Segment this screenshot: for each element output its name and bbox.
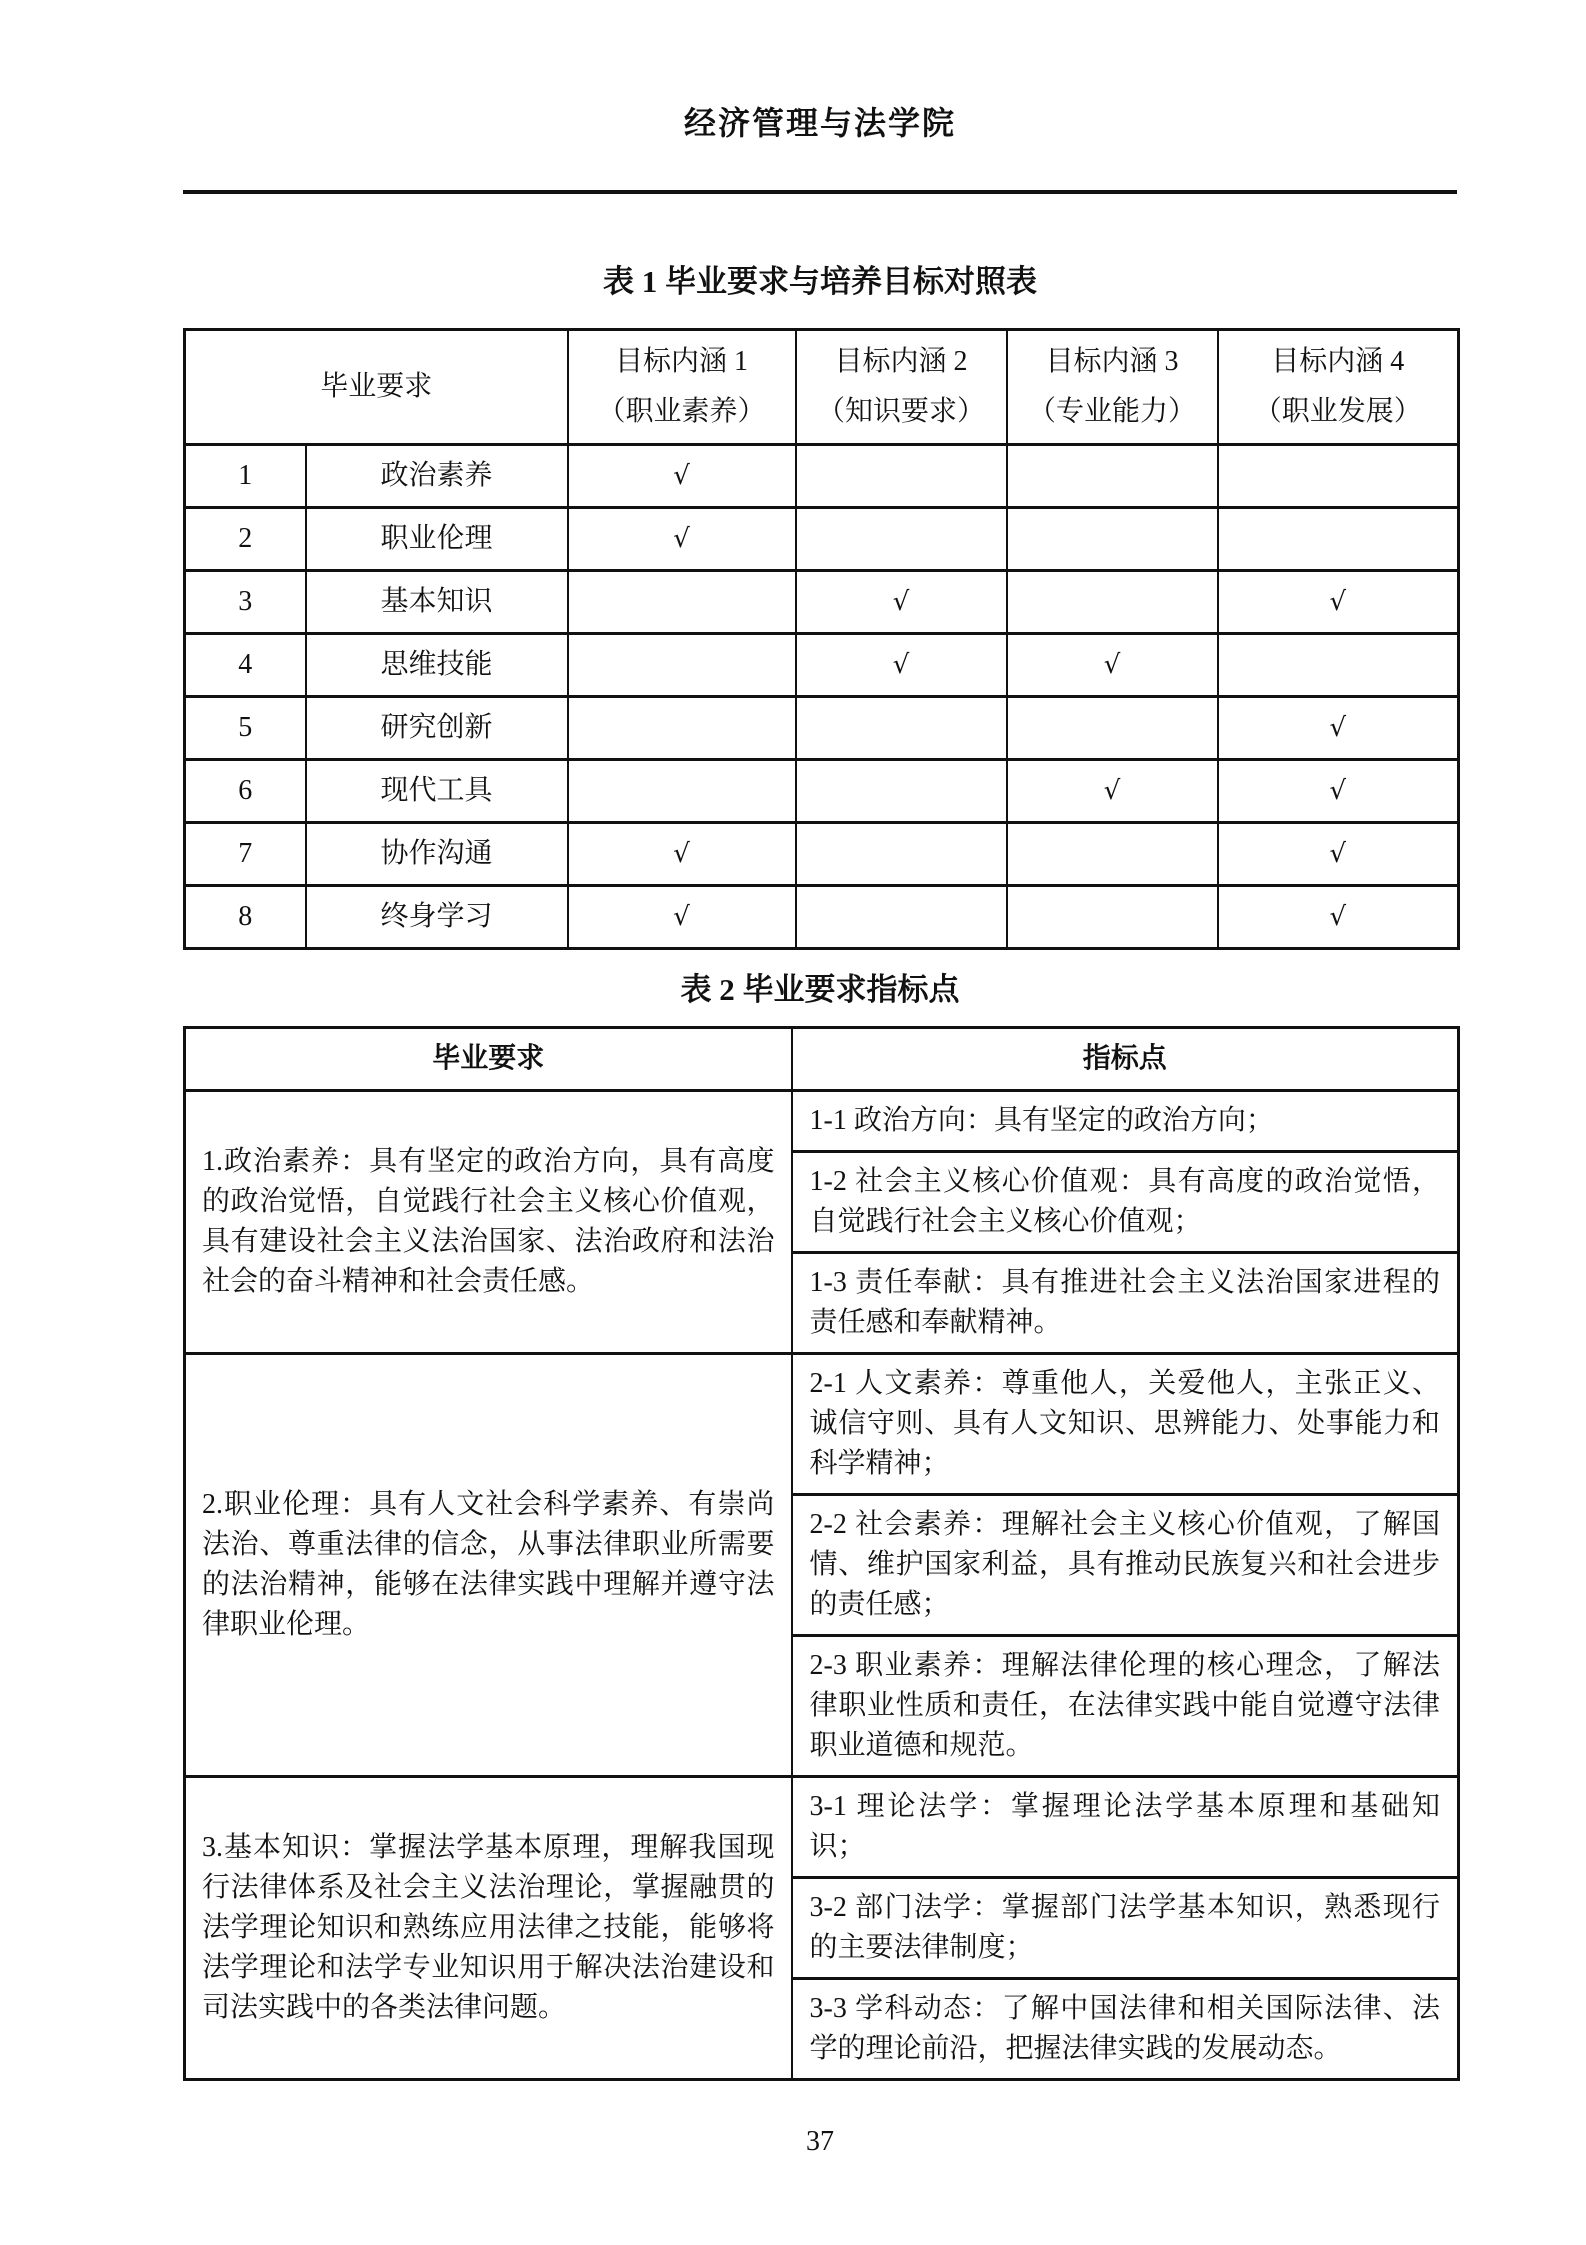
requirement-name-cell: 基本知识	[306, 571, 568, 634]
table1-row: 5研究创新√	[185, 697, 1459, 760]
empty-matrix-cell	[796, 697, 1007, 760]
indicator-point-cell: 1-3 责任奉献：具有推进社会主义法治国家进程的责任感和奉献精神。	[792, 1253, 1459, 1354]
checkmark-cell: √	[568, 886, 796, 949]
empty-matrix-cell	[1007, 571, 1218, 634]
table1-header-goal-2: 目标内涵 2（知识要求）	[796, 330, 1007, 445]
requirement-name-cell: 思维技能	[306, 634, 568, 697]
table1-body: 毕业要求目标内涵 1（职业素养）目标内涵 2（知识要求）目标内涵 3（专业能力）…	[185, 330, 1459, 949]
graduation-requirement-cell: 1.政治素养：具有坚定的政治方向，具有高度的政治觉悟，自觉践行社会主义核心价值观…	[185, 1091, 792, 1354]
goal-header-line2: （知识要求）	[801, 387, 1002, 437]
checkmark-cell: √	[1218, 760, 1459, 823]
table2-header-graduation-requirements: 毕业要求	[185, 1028, 792, 1091]
checkmark-cell: √	[1218, 571, 1459, 634]
table1-header-goal-4: 目标内涵 4（职业发展）	[1218, 330, 1459, 445]
table1-row: 3基本知识√√	[185, 571, 1459, 634]
table1-row: 4思维技能√√	[185, 634, 1459, 697]
indicator-point-cell: 3-2 部门法学：掌握部门法学基本知识，熟悉现行的主要法律制度；	[792, 1878, 1459, 1979]
requirement-name-cell: 职业伦理	[306, 508, 568, 571]
row-number-cell: 1	[185, 445, 306, 508]
table1-row: 8终身学习√√	[185, 886, 1459, 949]
empty-matrix-cell	[1007, 886, 1218, 949]
empty-matrix-cell	[1218, 445, 1459, 508]
row-number-cell: 6	[185, 760, 306, 823]
empty-matrix-cell	[796, 823, 1007, 886]
indicator-point-cell: 3-1 理论法学：掌握理论法学基本原理和基础知识；	[792, 1777, 1459, 1878]
empty-matrix-cell	[568, 697, 796, 760]
indicator-point-cell: 2-2 社会素养：理解社会主义核心价值观，了解国情、维护国家利益，具有推动民族复…	[792, 1495, 1459, 1636]
requirement-name-cell: 现代工具	[306, 760, 568, 823]
goal-header-line1: 目标内涵 4	[1223, 337, 1454, 387]
checkmark-cell: √	[568, 508, 796, 571]
document-page: 经济管理与法学院 表 1 毕业要求与培养目标对照表 毕业要求目标内涵 1（职业素…	[183, 0, 1457, 2159]
checkmark-cell: √	[1007, 760, 1218, 823]
row-number-cell: 7	[185, 823, 306, 886]
empty-matrix-cell	[1007, 445, 1218, 508]
table1-row: 6现代工具√√	[185, 760, 1459, 823]
table1-header-row: 毕业要求目标内涵 1（职业素养）目标内涵 2（知识要求）目标内涵 3（专业能力）…	[185, 330, 1459, 445]
row-number-cell: 2	[185, 508, 306, 571]
row-number-cell: 5	[185, 697, 306, 760]
row-number-cell: 4	[185, 634, 306, 697]
goal-header-line2: （职业发展）	[1223, 387, 1454, 437]
indicator-point-cell: 2-1 人文素养：尊重他人，关爱他人，主张正义、诚信守则、具有人文知识、思辨能力…	[792, 1354, 1459, 1495]
requirement-name-cell: 协作沟通	[306, 823, 568, 886]
goal-header-line1: 目标内涵 1	[573, 337, 791, 387]
checkmark-cell: √	[1218, 886, 1459, 949]
empty-matrix-cell	[1007, 697, 1218, 760]
table2-indicator-points: 毕业要求指标点1.政治素养：具有坚定的政治方向，具有高度的政治觉悟，自觉践行社会…	[183, 1026, 1460, 2081]
row-number-cell: 3	[185, 571, 306, 634]
table1-caption: 表 1 毕业要求与培养目标对照表	[183, 260, 1457, 304]
table2-header-row: 毕业要求指标点	[185, 1028, 1459, 1091]
table2-header-indicator-points: 指标点	[792, 1028, 1459, 1091]
table2-indicator-row: 1.政治素养：具有坚定的政治方向，具有高度的政治觉悟，自觉践行社会主义核心价值观…	[185, 1091, 1459, 1152]
checkmark-cell: √	[1218, 697, 1459, 760]
header-divider-rule	[183, 190, 1457, 194]
goal-header-line2: （专业能力）	[1012, 387, 1213, 437]
goal-header-line1: 目标内涵 2	[801, 337, 1002, 387]
checkmark-cell: √	[1218, 823, 1459, 886]
graduation-requirement-cell: 3.基本知识：掌握法学基本原理，理解我国现行法律体系及社会主义法治理论，掌握融贯…	[185, 1777, 792, 2080]
empty-matrix-cell	[796, 445, 1007, 508]
requirement-name-cell: 研究创新	[306, 697, 568, 760]
empty-matrix-cell	[1218, 634, 1459, 697]
table1-row: 7协作沟通√√	[185, 823, 1459, 886]
checkmark-cell: √	[1007, 634, 1218, 697]
requirement-name-cell: 终身学习	[306, 886, 568, 949]
indicator-point-cell: 1-1 政治方向：具有坚定的政治方向；	[792, 1091, 1459, 1152]
table1-requirements-goals-matrix: 毕业要求目标内涵 1（职业素养）目标内涵 2（知识要求）目标内涵 3（专业能力）…	[183, 328, 1460, 950]
empty-matrix-cell	[568, 634, 796, 697]
table2-caption: 表 2 毕业要求指标点	[183, 968, 1457, 1012]
table1-header-goal-3: 目标内涵 3（专业能力）	[1007, 330, 1218, 445]
indicator-point-cell: 3-3 学科动态：了解中国法律和相关国际法律、法学的理论前沿，把握法律实践的发展…	[792, 1979, 1459, 2080]
page-number: 37	[183, 2125, 1457, 2159]
table1-header-goal-1: 目标内涵 1（职业素养）	[568, 330, 796, 445]
table1-row: 1政治素养√	[185, 445, 1459, 508]
empty-matrix-cell	[568, 760, 796, 823]
empty-matrix-cell	[796, 760, 1007, 823]
graduation-requirement-cell: 2.职业伦理：具有人文社会科学素养、有崇尚法治、尊重法律的信念，从事法律职业所需…	[185, 1354, 792, 1777]
table2-body: 毕业要求指标点1.政治素养：具有坚定的政治方向，具有高度的政治觉悟，自觉践行社会…	[185, 1028, 1459, 2080]
requirement-name-cell: 政治素养	[306, 445, 568, 508]
page-header-title: 经济管理与法学院	[183, 0, 1457, 146]
empty-matrix-cell	[1007, 508, 1218, 571]
indicator-point-cell: 2-3 职业素养：理解法律伦理的核心理念，了解法律职业性质和责任，在法律实践中能…	[792, 1636, 1459, 1777]
empty-matrix-cell	[796, 886, 1007, 949]
empty-matrix-cell	[1007, 823, 1218, 886]
checkmark-cell: √	[796, 634, 1007, 697]
checkmark-cell: √	[568, 823, 796, 886]
table1-header-graduation-requirements: 毕业要求	[185, 330, 568, 445]
empty-matrix-cell	[1218, 508, 1459, 571]
checkmark-cell: √	[568, 445, 796, 508]
indicator-point-cell: 1-2 社会主义核心价值观：具有高度的政治觉悟，自觉践行社会主义核心价值观；	[792, 1152, 1459, 1253]
row-number-cell: 8	[185, 886, 306, 949]
table1-row: 2职业伦理√	[185, 508, 1459, 571]
table2-indicator-row: 3.基本知识：掌握法学基本原理，理解我国现行法律体系及社会主义法治理论，掌握融贯…	[185, 1777, 1459, 1878]
empty-matrix-cell	[568, 571, 796, 634]
checkmark-cell: √	[796, 571, 1007, 634]
goal-header-line1: 目标内涵 3	[1012, 337, 1213, 387]
empty-matrix-cell	[796, 508, 1007, 571]
table2-indicator-row: 2.职业伦理：具有人文社会科学素养、有崇尚法治、尊重法律的信念，从事法律职业所需…	[185, 1354, 1459, 1495]
goal-header-line2: （职业素养）	[573, 387, 791, 437]
